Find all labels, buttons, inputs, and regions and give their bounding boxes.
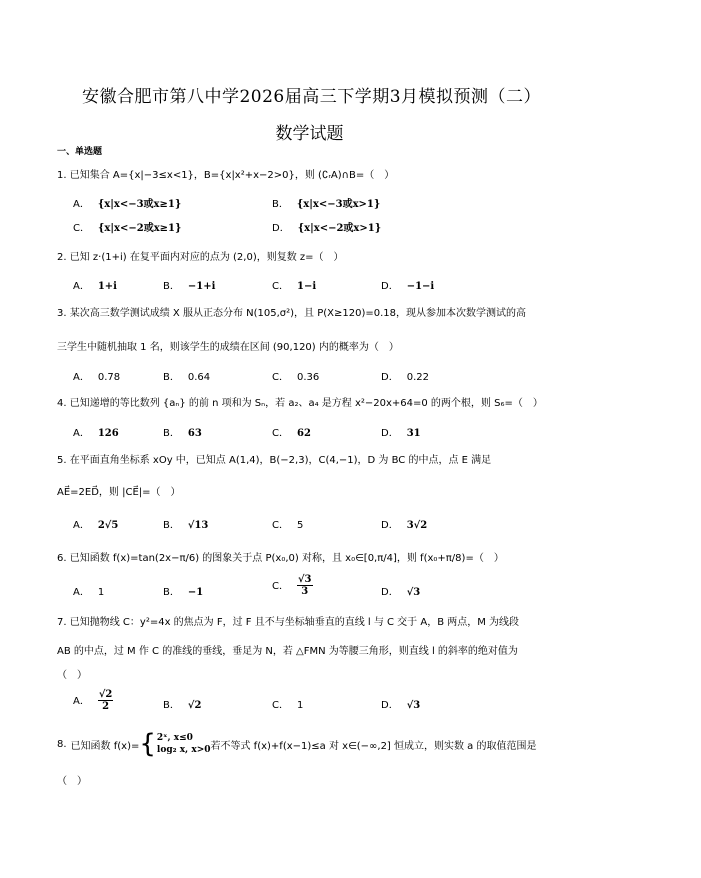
- option-value: √3: [407, 700, 421, 711]
- option-label: B．: [163, 281, 180, 292]
- question-number: 6.: [57, 553, 67, 564]
- question-4-option-c[interactable]: C．62: [272, 424, 311, 439]
- option-label: C．: [272, 428, 289, 439]
- option-value: −1: [188, 587, 203, 598]
- question-1-option-b[interactable]: B．{x|x<−3或x>1}: [272, 195, 380, 210]
- question-4-stem: 4. 已知递增的等比数列 {aₙ} 的前 n 项和为 Sₙ，若 a₂、a₄ 是方…: [57, 394, 543, 409]
- option-value: 1: [297, 700, 303, 711]
- denominator: 2: [102, 701, 109, 712]
- question-text: 已知抛物线 C：y²=4x 的焦点为 F，过 F 且不与坐标轴垂直的直线 l 与…: [70, 617, 519, 628]
- question-number: 1.: [57, 170, 67, 181]
- case-1: 2ˣ, x≤0: [157, 732, 211, 744]
- option-value: 1−i: [297, 281, 316, 292]
- question-text: 已知函数 f(x)=: [71, 737, 140, 752]
- question-3-option-c[interactable]: C．0.36: [272, 368, 319, 383]
- question-6-option-b[interactable]: B．−1: [163, 583, 203, 598]
- option-label: D．: [381, 281, 399, 292]
- question-number: 7.: [57, 617, 67, 628]
- question-1-option-c[interactable]: C．{x|x<−2或x≥1}: [73, 219, 181, 234]
- option-label: C．: [272, 520, 289, 531]
- option-value: 126: [98, 428, 119, 439]
- question-1-option-a[interactable]: A．{x|x<−3或x≥1}: [73, 195, 181, 210]
- question-7-option-d[interactable]: D．√3: [381, 696, 420, 711]
- question-5-option-a[interactable]: A．2√5: [73, 516, 118, 531]
- question-5-option-b[interactable]: B．√13: [163, 516, 208, 531]
- question-3-option-d[interactable]: D．0.22: [381, 368, 429, 383]
- fraction: √33: [297, 574, 313, 597]
- option-value: 0.78: [98, 372, 120, 383]
- question-2-option-a[interactable]: A．1+i: [73, 277, 117, 292]
- question-number: 2.: [57, 252, 67, 263]
- option-value: {x|x<−2或x≥1}: [98, 223, 181, 234]
- option-label: A．: [73, 428, 90, 439]
- question-text: 已知函数 f(x)=tan(2x−π/6) 的图象关于点 P(x₀,0) 对称，…: [70, 553, 504, 564]
- left-brace-icon: {: [139, 731, 156, 757]
- option-label: A．: [73, 587, 90, 598]
- question-2-stem: 2. 已知 z·(1+i) 在复平面内对应的点为 (2,0)，则复数 z=（ ）: [57, 248, 344, 263]
- fraction: √22: [98, 689, 114, 712]
- question-2-option-b[interactable]: B．−1+i: [163, 277, 215, 292]
- option-value: 62: [297, 428, 311, 439]
- option-value: 1: [98, 587, 104, 598]
- option-label: D．: [381, 428, 399, 439]
- option-value: 1+i: [98, 281, 117, 292]
- question-text: 已知 z·(1+i) 在复平面内对应的点为 (2,0)，则复数 z=（ ）: [70, 252, 344, 263]
- subtitle-text: 数学试题: [276, 119, 344, 144]
- option-label: B．: [163, 700, 180, 711]
- option-value: −1−i: [407, 281, 435, 292]
- option-label: A．: [73, 281, 90, 292]
- option-label: D．: [381, 700, 399, 711]
- option-value: 3√2: [407, 520, 428, 531]
- option-value: 63: [188, 428, 202, 439]
- question-5-stem-line2: AE⃗=2ED⃗，则 |CE⃗|=（ ）: [57, 483, 181, 498]
- option-label: B．: [163, 372, 180, 383]
- question-text: 在平面直角坐标系 xOy 中，已知点 A(1,4)，B(−2,3)，C(4,−1…: [70, 455, 491, 466]
- question-3-option-a[interactable]: A．0.78: [73, 368, 120, 383]
- question-3-stem-line1: 3. 某次高三数学测试成绩 X 服从正态分布 N(105,σ²)，且 P(X≥1…: [57, 304, 526, 319]
- denominator: 3: [301, 586, 308, 597]
- option-value: √3: [407, 587, 421, 598]
- option-value: 2√5: [98, 520, 119, 531]
- case-2: log₂ x, x>0: [157, 744, 211, 756]
- question-number: 4.: [57, 398, 67, 409]
- question-7-option-a[interactable]: A．√22: [73, 689, 113, 712]
- option-label: C．: [272, 700, 289, 711]
- option-label: A．: [73, 372, 90, 383]
- question-7-stem-line1: 7. 已知抛物线 C：y²=4x 的焦点为 F，过 F 且不与坐标轴垂直的直线 …: [57, 613, 519, 628]
- option-label: B．: [163, 587, 180, 598]
- question-4-option-b[interactable]: B．63: [163, 424, 202, 439]
- option-label: A．: [73, 696, 90, 707]
- option-value: 0.64: [188, 372, 210, 383]
- question-3-option-b[interactable]: B．0.64: [163, 368, 210, 383]
- question-text: 已知集合 A={x|−3≤x<1}，B={x|x²+x−2>0}，则 (∁ᵣA)…: [70, 170, 394, 181]
- question-6-option-a[interactable]: A．1: [73, 583, 104, 598]
- question-7-option-c[interactable]: C．1: [272, 696, 303, 711]
- question-text: 已知递增的等比数列 {aₙ} 的前 n 项和为 Sₙ，若 a₂、a₄ 是方程 x…: [70, 398, 543, 409]
- title-text: 安徽合肥市第八中学2026届高三下学期3月模拟预测（二）: [82, 82, 541, 107]
- option-value: {x|x<−3或x≥1}: [98, 199, 181, 210]
- option-value: 31: [407, 428, 421, 439]
- option-value: 0.36: [297, 372, 319, 383]
- question-5-option-c[interactable]: C．5: [272, 516, 303, 531]
- option-label: A．: [73, 199, 90, 210]
- numerator: √3: [297, 574, 313, 586]
- document-subtitle: 数学试题: [0, 119, 701, 144]
- question-6-option-c[interactable]: C．√33: [272, 574, 313, 597]
- option-label: C．: [272, 281, 289, 292]
- option-label: B．: [163, 428, 180, 439]
- question-5-option-d[interactable]: D．3√2: [381, 516, 427, 531]
- question-5-stem-line1: 5. 在平面直角坐标系 xOy 中，已知点 A(1,4)，B(−2,3)，C(4…: [57, 451, 491, 466]
- option-label: C．: [73, 223, 90, 234]
- option-label: B．: [272, 199, 289, 210]
- cases: 2ˣ, x≤0 log₂ x, x>0: [157, 732, 211, 756]
- question-number: 3.: [57, 308, 67, 319]
- option-label: D．: [381, 520, 399, 531]
- option-label: C．: [272, 581, 289, 592]
- question-4-option-a[interactable]: A．126: [73, 424, 119, 439]
- question-6-option-d[interactable]: D．√3: [381, 583, 420, 598]
- option-value: √2: [188, 700, 202, 711]
- document-title: 安徽合肥市第八中学2026届高三下学期3月模拟预测（二）: [0, 82, 701, 107]
- question-text: 某次高三数学测试成绩 X 服从正态分布 N(105,σ²)，且 P(X≥120)…: [70, 308, 526, 319]
- question-4-option-d[interactable]: D．31: [381, 424, 421, 439]
- section-heading: 一、单选题: [57, 144, 102, 157]
- option-label: D．: [272, 223, 290, 234]
- question-1-stem: 1. 已知集合 A={x|−3≤x<1}，B={x|x²+x−2>0}，则 (∁…: [57, 166, 394, 181]
- option-label: D．: [381, 372, 399, 383]
- question-2-option-c[interactable]: C．1−i: [272, 277, 316, 292]
- piecewise-function: { 2ˣ, x≤0 log₂ x, x>0: [139, 731, 210, 757]
- option-label: C．: [272, 372, 289, 383]
- question-8-stem-line2: （ ）: [57, 772, 87, 787]
- option-value: √13: [188, 520, 209, 531]
- question-7-option-b[interactable]: B．√2: [163, 696, 201, 711]
- question-3-stem-line2: 三学生中随机抽取 1 名，则该学生的成绩在区间 (90,120) 内的概率为（ …: [57, 338, 399, 353]
- question-number: 5.: [57, 455, 67, 466]
- option-value: 0.22: [407, 372, 429, 383]
- question-2-option-d[interactable]: D．−1−i: [381, 277, 434, 292]
- option-value: 5: [297, 520, 303, 531]
- question-1-option-d[interactable]: D．{x|x<−2或x>1}: [272, 219, 381, 234]
- question-7-stem-line3: （ ）: [57, 666, 87, 681]
- option-value: {x|x<−3或x>1}: [297, 199, 380, 210]
- question-7-stem-line2: AB 的中点，过 M 作 C 的准线的垂线，垂足为 N，若 △FMN 为等腰三角…: [57, 642, 518, 657]
- question-text-suffix: 若不等式 f(x)+f(x−1)≤a 对 x∈(−∞,2] 恒成立，则实数 a …: [211, 737, 537, 752]
- question-6-stem: 6. 已知函数 f(x)=tan(2x−π/6) 的图象关于点 P(x₀,0) …: [57, 549, 504, 564]
- option-value: {x|x<−2或x>1}: [298, 223, 381, 234]
- option-label: B．: [163, 520, 180, 531]
- question-number: 8.: [57, 739, 67, 750]
- option-value: −1+i: [188, 281, 216, 292]
- question-8-stem: 8. 已知函数 f(x)= { 2ˣ, x≤0 log₂ x, x>0 若不等式…: [57, 731, 537, 757]
- option-label: D．: [381, 587, 399, 598]
- numerator: √2: [98, 689, 114, 701]
- option-label: A．: [73, 520, 90, 531]
